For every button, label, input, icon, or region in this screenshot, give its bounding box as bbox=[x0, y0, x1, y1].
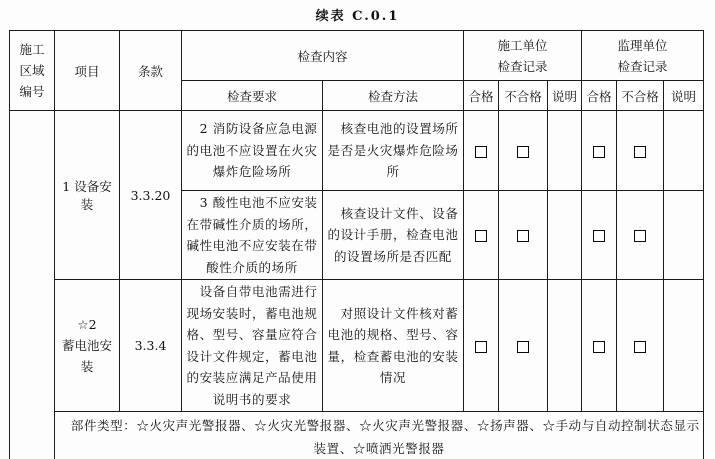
component-type-note: 部件类型：☆火灾声光警报器、☆火灾光警报器、☆火灾声光警报器、☆扬声器、☆手动与… bbox=[55, 412, 704, 459]
construction-fail-cell bbox=[499, 280, 548, 412]
header-construction-fail: 不合格 bbox=[499, 81, 548, 111]
supervision-remark-cell bbox=[664, 280, 704, 412]
header-item: 项目 bbox=[55, 31, 120, 111]
header-supervision-pass: 合格 bbox=[582, 81, 617, 111]
method-cell: 核查电池的设置场所是否是火灾爆炸危险场所 bbox=[323, 111, 464, 191]
supervision-pass-checkbox[interactable] bbox=[593, 341, 605, 353]
supervision-fail-checkbox[interactable] bbox=[634, 230, 646, 242]
construction-fail-cell bbox=[499, 111, 548, 191]
construction-pass-checkbox[interactable] bbox=[475, 341, 487, 353]
header-inspection-content: 检查内容 bbox=[182, 31, 464, 81]
clause-cell: 3.3.20 bbox=[120, 111, 182, 280]
construction-fail-checkbox[interactable] bbox=[517, 230, 529, 242]
inspection-record-table: 施工 区域 编号 项目 条款 检查内容 施工单位 检查记录 监理单位 检查记录 … bbox=[9, 30, 704, 459]
header-construction-unit-record: 施工单位 检查记录 bbox=[464, 31, 582, 81]
supervision-pass-cell bbox=[582, 280, 617, 412]
supervision-pass-cell bbox=[582, 111, 617, 191]
page-title: 续表 C.0.1 bbox=[0, 0, 715, 30]
supervision-pass-checkbox[interactable] bbox=[593, 146, 605, 158]
header-construction-pass: 合格 bbox=[464, 81, 499, 111]
supervision-fail-cell bbox=[617, 191, 664, 280]
supervision-fail-checkbox[interactable] bbox=[634, 146, 646, 158]
header-supervision-fail: 不合格 bbox=[617, 81, 664, 111]
requirement-cell: 设备自带电池需进行现场安装时，蓄电池规格、型号、容量应符合设计文件规定，蓄电池的… bbox=[182, 280, 323, 412]
requirement-cell: 2 消防设备应急电源的电池不应设置在火灾爆炸危险场所 bbox=[182, 111, 323, 191]
clause-cell: 3.3.4 bbox=[120, 280, 182, 412]
item-cell-battery-install: ☆2 蓄电池安装 bbox=[55, 280, 120, 412]
construction-remark-cell bbox=[548, 111, 582, 191]
supervision-remark-cell bbox=[664, 191, 704, 280]
footer-note-row: 部件类型：☆火灾声光警报器、☆火灾光警报器、☆火灾声光警报器、☆扬声器、☆手动与… bbox=[10, 412, 704, 459]
supervision-fail-cell bbox=[617, 280, 664, 412]
header-row-1: 施工 区域 编号 项目 条款 检查内容 施工单位 检查记录 监理单位 检查记录 bbox=[10, 31, 704, 81]
construction-fail-checkbox[interactable] bbox=[517, 341, 529, 353]
header-construction-remark: 说明 bbox=[548, 81, 582, 111]
construction-pass-cell bbox=[464, 280, 499, 412]
supervision-pass-cell bbox=[582, 191, 617, 280]
supervision-remark-cell bbox=[664, 111, 704, 191]
requirement-cell: 3 酸性电池不应安装在带碱性介质的场所，碱性电池不应安装在带酸性介质的场所 bbox=[182, 191, 323, 280]
construction-pass-checkbox[interactable] bbox=[475, 230, 487, 242]
header-method: 检查方法 bbox=[323, 81, 464, 111]
header-supervision-remark: 说明 bbox=[664, 81, 704, 111]
construction-pass-cell bbox=[464, 111, 499, 191]
construction-pass-checkbox[interactable] bbox=[475, 146, 487, 158]
method-cell: 核查设计文件、设备的设计手册，检查电池的设置场所是否匹配 bbox=[323, 191, 464, 280]
item-cell-equipment-install: 1 设备安装 bbox=[55, 111, 120, 280]
construction-fail-cell bbox=[499, 191, 548, 280]
construction-remark-cell bbox=[548, 280, 582, 412]
construction-fail-checkbox[interactable] bbox=[517, 146, 529, 158]
header-supervision-unit-record: 监理单位 检查记录 bbox=[582, 31, 704, 81]
supervision-fail-checkbox[interactable] bbox=[634, 341, 646, 353]
construction-pass-cell bbox=[464, 191, 499, 280]
header-requirement: 检查要求 bbox=[182, 81, 323, 111]
area-number-cell bbox=[10, 111, 55, 459]
table-row: 1 设备安装 3.3.20 2 消防设备应急电源的电池不应设置在火灾爆炸危险场所… bbox=[10, 111, 704, 191]
supervision-fail-cell bbox=[617, 111, 664, 191]
method-cell: 对照设计文件核对蓄电池的规格、型号、容量，检查蓄电池的安装情况 bbox=[323, 280, 464, 412]
construction-remark-cell bbox=[548, 191, 582, 280]
table-row: ☆2 蓄电池安装 3.3.4 设备自带电池需进行现场安装时，蓄电池规格、型号、容… bbox=[10, 280, 704, 412]
supervision-pass-checkbox[interactable] bbox=[593, 230, 605, 242]
header-area-number: 施工 区域 编号 bbox=[10, 31, 55, 111]
header-clause: 条款 bbox=[120, 31, 182, 111]
